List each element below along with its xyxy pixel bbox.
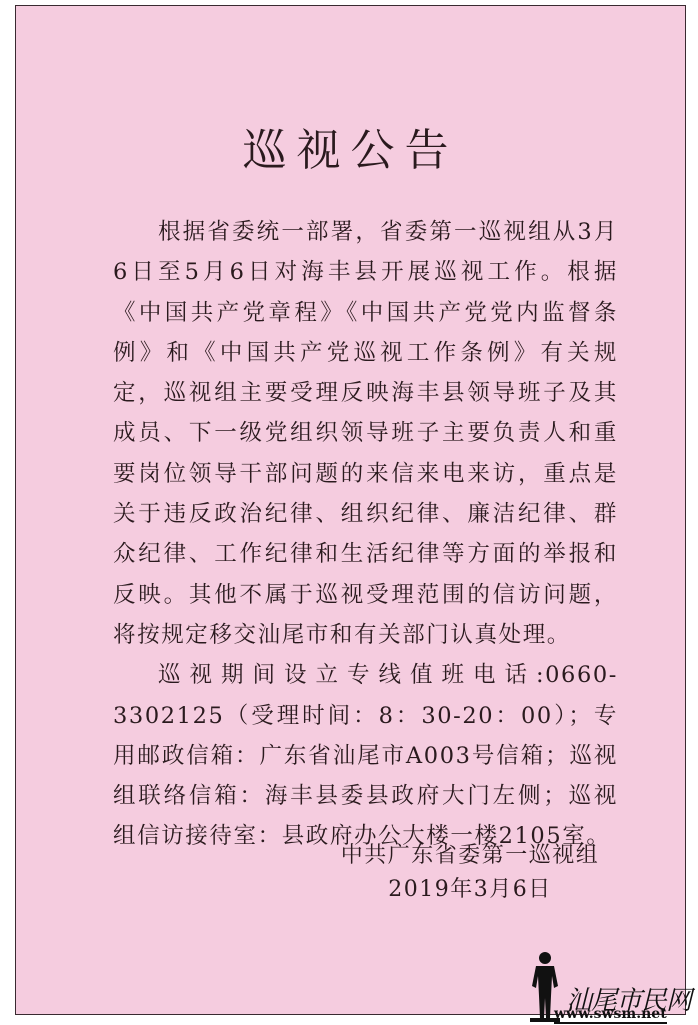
site-watermark: 汕尾市民网 www.swsm.net: [528, 950, 698, 1025]
signature-organization: 中共广东省委第一巡视组: [320, 838, 620, 869]
notice-body: 根据省委统一部署，省委第一巡视组从3月6日至5月6日对海丰县开展巡视工作。根据《…: [113, 212, 618, 857]
signature-date: 2019年3月6日: [320, 872, 620, 903]
watermark-url: www.swsm.net: [554, 1006, 667, 1024]
paragraph-contact: 巡视期间设立专线值班电话:0660-3302125（受理时间：8：30-20：0…: [113, 655, 618, 856]
notice-title: 巡视公告: [16, 114, 685, 178]
paragraph-scope: 根据省委统一部署，省委第一巡视组从3月6日至5月6日对海丰县开展巡视工作。根据《…: [113, 212, 618, 655]
